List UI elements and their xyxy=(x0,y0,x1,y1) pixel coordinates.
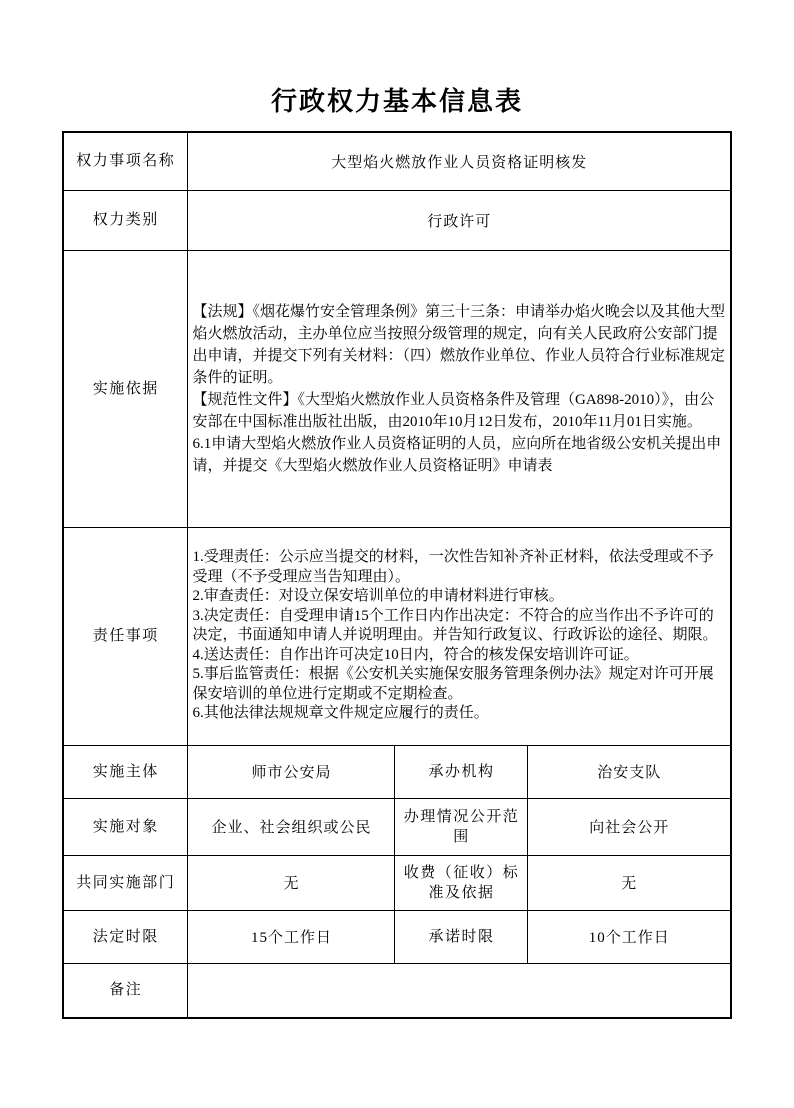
power-type-value: 行政许可 xyxy=(188,190,731,250)
basis-value: 【法规】《烟花爆竹安全管理条例》第三十三条：申请举办焰火晚会以及其他大型焰火燃放… xyxy=(188,250,731,527)
duty-item: 4.送达责任：自作出许可决定10日内，符合的核发保安培训许可证。 xyxy=(192,646,726,666)
row-power-type: 权力类别 行政许可 xyxy=(63,190,731,250)
row-implementation-target: 实施对象 企业、社会组织或公民 办理情况公开范围 向社会公开 xyxy=(63,798,731,855)
basis-label: 实施依据 xyxy=(63,250,188,527)
promised-deadline-label: 承诺时限 xyxy=(395,910,528,963)
target-value: 企业、社会组织或公民 xyxy=(188,798,395,855)
joint-dept-label: 共同实施部门 xyxy=(63,855,188,910)
duty-item: 2.审查责任：对设立保安培训单位的申请材料进行审核。 xyxy=(192,587,726,607)
duty-item: 1.受理责任：公示应当提交的材料，一次性告知补齐补正材料，依法受理或不予受理（不… xyxy=(192,548,726,587)
undertaking-org-label: 承办机构 xyxy=(395,745,528,798)
item-name-label: 权力事项名称 xyxy=(63,132,188,190)
duty-item: 6.其他法律法规规章文件规定应履行的责任。 xyxy=(192,704,726,724)
row-implementing-subject: 实施主体 师市公安局 承办机构 治安支队 xyxy=(63,745,731,798)
power-type-label: 权力类别 xyxy=(63,190,188,250)
joint-dept-value: 无 xyxy=(188,855,395,910)
basis-paragraph: 【规范性文件】《大型焰火燃放作业人员资格条件及管理（GA898-2010）》，由… xyxy=(192,389,726,433)
document-page: 行政权力基本信息表 权力事项名称 大型焰火燃放作业人员资格证明核发 权力类别 行… xyxy=(0,0,794,1108)
row-statutory-deadline: 法定时限 15个工作日 承诺时限 10个工作日 xyxy=(63,910,731,963)
row-remark: 备注 xyxy=(63,963,731,1018)
statutory-deadline-value: 15个工作日 xyxy=(188,910,395,963)
basis-paragraph: 6.1申请大型焰火燃放作业人员资格证明的人员，应向所在地省级公安机关提出申请，并… xyxy=(192,433,726,477)
duties-label: 责任事项 xyxy=(63,527,188,745)
duties-value: 1.受理责任：公示应当提交的材料，一次性告知补齐补正材料，依法受理或不予受理（不… xyxy=(188,527,731,745)
basis-paragraph: 【法规】《烟花爆竹安全管理条例》第三十三条：申请举办焰火晚会以及其他大型焰火燃放… xyxy=(192,301,726,389)
remark-label: 备注 xyxy=(63,963,188,1018)
power-info-table: 权力事项名称 大型焰火燃放作业人员资格证明核发 权力类别 行政许可 实施依据 【… xyxy=(62,131,732,1019)
target-label: 实施对象 xyxy=(63,798,188,855)
disclosure-scope-value: 向社会公开 xyxy=(528,798,731,855)
row-duty-items: 责任事项 1.受理责任：公示应当提交的材料，一次性告知补齐补正材料，依法受理或不… xyxy=(63,527,731,745)
page-title: 行政权力基本信息表 xyxy=(0,0,794,131)
promised-deadline-value: 10个工作日 xyxy=(528,910,731,963)
remark-value xyxy=(188,963,731,1018)
disclosure-scope-label: 办理情况公开范围 xyxy=(395,798,528,855)
undertaking-org-value: 治安支队 xyxy=(528,745,731,798)
item-name-value: 大型焰火燃放作业人员资格证明核发 xyxy=(188,132,731,190)
fee-standard-label: 收费（征收）标准及依据 xyxy=(395,855,528,910)
duty-item: 5.事后监管责任：根据《公安机关实施保安服务管理条例办法》规定对许可开展保安培训… xyxy=(192,665,726,704)
row-implementation-basis: 实施依据 【法规】《烟花爆竹安全管理条例》第三十三条：申请举办焰火晚会以及其他大… xyxy=(63,250,731,527)
subject-value: 师市公安局 xyxy=(188,745,395,798)
row-joint-department: 共同实施部门 无 收费（征收）标准及依据 无 xyxy=(63,855,731,910)
fee-standard-value: 无 xyxy=(528,855,731,910)
duty-item: 3.决定责任：自受理申请15个工作日内作出决定：不符合的应当作出不予许可的决定，… xyxy=(192,607,726,646)
row-item-name: 权力事项名称 大型焰火燃放作业人员资格证明核发 xyxy=(63,132,731,190)
statutory-deadline-label: 法定时限 xyxy=(63,910,188,963)
subject-label: 实施主体 xyxy=(63,745,188,798)
